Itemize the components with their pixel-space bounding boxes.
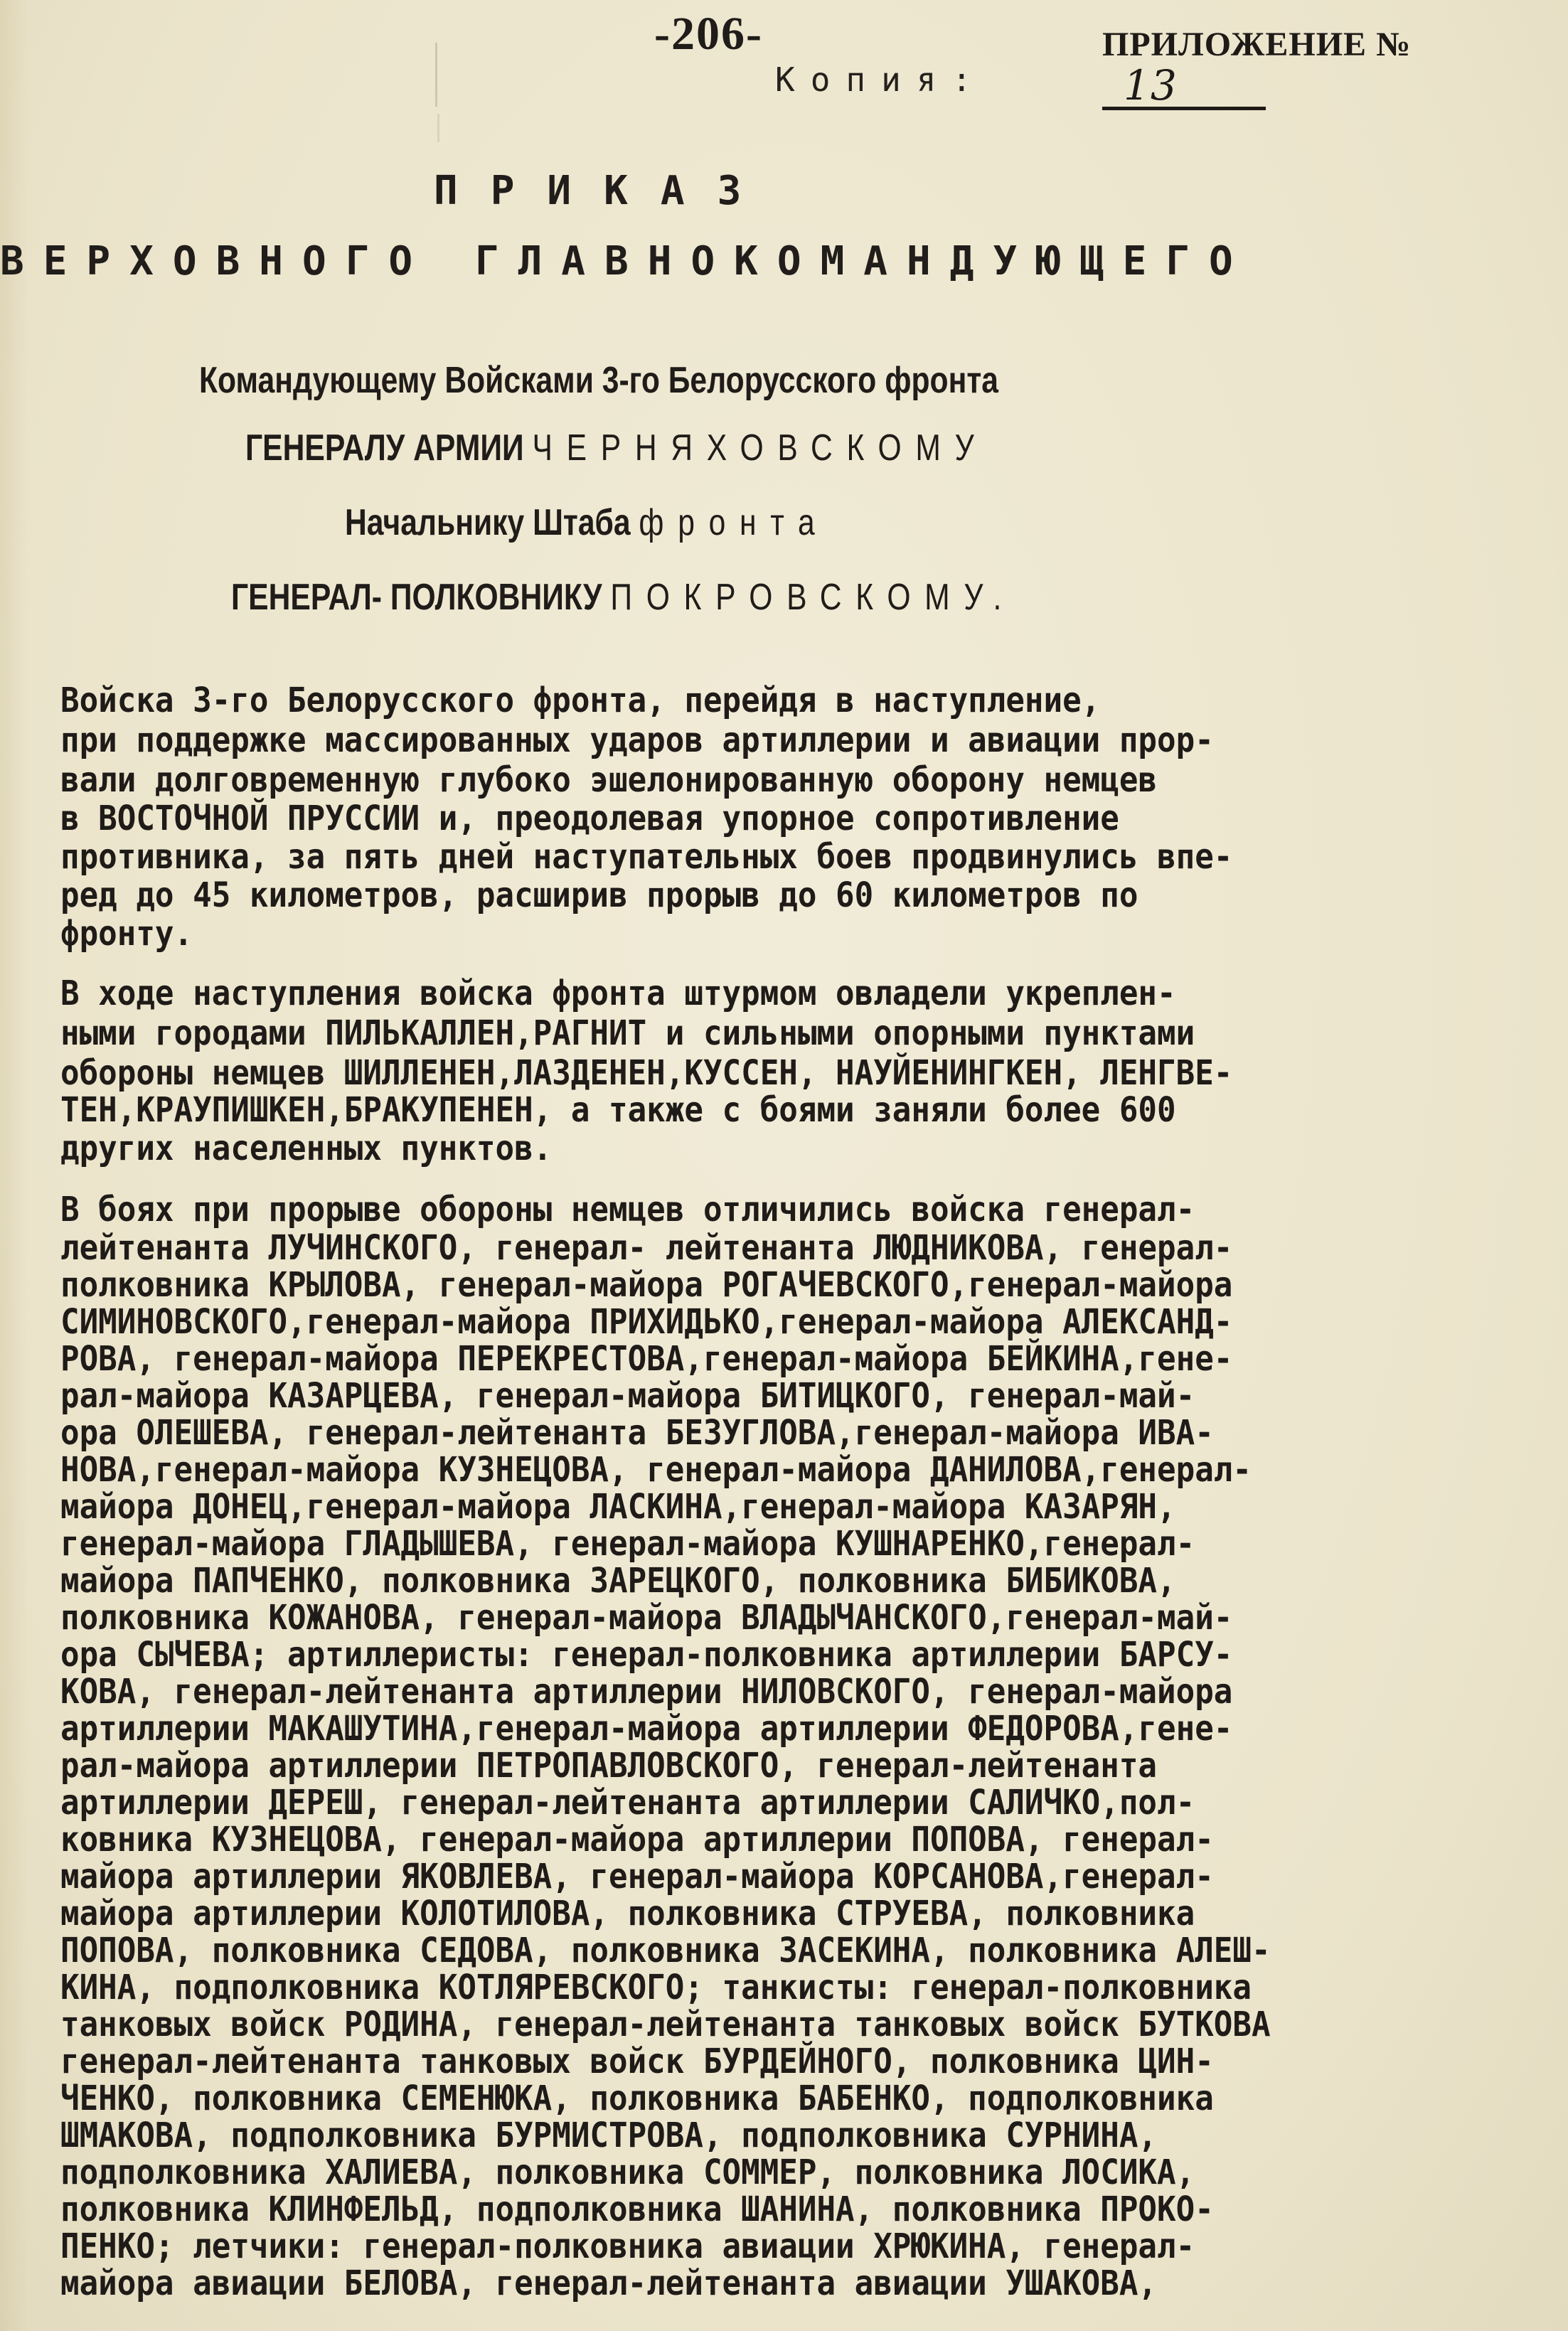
text-line: В боях при прорыве обороны немцев отличи…	[60, 1192, 1195, 1227]
document-subtitle: ВЕРХОВНОГО ГЛАВНОКОМАНДУЮЩЕГО	[0, 238, 1252, 284]
appendix-number: 13	[1102, 64, 1266, 110]
text-line: В ходе наступления войска фронта штурмом…	[60, 976, 1176, 1011]
text-line: рал-майора КАЗАРЦЕВА, генерал-майора БИТ…	[60, 1378, 1195, 1414]
text-line: Войска 3-го Белорусского фронта, перейдя…	[60, 683, 1100, 718]
document-page: -206- Копия: ПРИЛОЖЕНИЕ №13 ПРИКАЗ ВЕРХО…	[0, 0, 1568, 2331]
text-line: майора ДОНЕЦ,генерал-майора ЛАСКИНА,гене…	[60, 1489, 1176, 1525]
addressee-surname: ЧЕРНЯХОВСКОМУ	[532, 427, 988, 469]
text-line: ора ОЛЕШЕВА, генерал-лейтенанта БЕЗУГЛОВ…	[60, 1415, 1214, 1451]
text-line: в ВОСТОЧНОЙ ПРУССИИ и, преодолевая упорн…	[60, 801, 1119, 836]
text-line: ТЕН,КРАУПИШКЕН,БРАКУПЕНЕН, а также с боя…	[60, 1092, 1176, 1128]
text-line: ПОПОВА, полковника СЕДОВА, полковника ЗА…	[60, 1933, 1271, 1968]
text-line: полковника КРЫЛОВА, генерал-майора РОГАЧ…	[60, 1267, 1232, 1303]
text-line: артиллерии ДЕРЕШ, генерал-лейтенанта арт…	[60, 1785, 1195, 1820]
text-line: рал-майора артиллерии ПЕТРОПАВЛОВСКОГО, …	[60, 1748, 1157, 1783]
paper-crease	[437, 114, 439, 142]
text-line: ред до 45 километров, расширив прорыв до…	[60, 878, 1138, 913]
text-line: ными городами ПИЛЬКАЛЛЕН,РАГНИТ и сильны…	[60, 1015, 1195, 1051]
addressee-unit: фронта	[639, 502, 828, 543]
text-line: генерал-лейтенанта танковых войск БУРДЕЙ…	[60, 2044, 1214, 2079]
text-line: ора СЫЧЕВА; артиллеристы: генерал-полков…	[60, 1637, 1232, 1673]
text-line: КОВА, генерал-лейтенанта артиллерии НИЛО…	[60, 1674, 1232, 1709]
page-number: -206-	[654, 7, 763, 61]
text-line: ШМАКОВА, подполковника БУРМИСТРОВА, подп…	[60, 2118, 1157, 2153]
text-line: артиллерии МАКАШУТИНА,генерал-майора арт…	[60, 1711, 1232, 1746]
appendix-stamp: ПРИЛОЖЕНИЕ №13	[1102, 25, 1568, 110]
addressee-text: Командующему Войсками 3-го Белорусского …	[199, 360, 998, 401]
text-line: ковника КУЗНЕЦОВА, генерал-майора артилл…	[60, 1822, 1214, 1857]
addressee-rank: ГЕНЕРАЛУ АРМИИ	[245, 427, 532, 469]
text-line: майора ПАПЧЕНКО, полковника ЗАРЕЦКОГО, п…	[60, 1563, 1176, 1599]
text-line: НОВА,генерал-майора КУЗНЕЦОВА, генерал-м…	[60, 1452, 1252, 1488]
text-line: майора артиллерии КОЛОТИЛОВА, полковника…	[60, 1896, 1195, 1931]
paper-crease	[435, 43, 437, 107]
text-line: других населенных пунктов.	[60, 1131, 552, 1166]
text-line: СИМИНОВСКОГО,генерал-майора ПРИХИДЬКО,ге…	[60, 1304, 1232, 1340]
text-line: майора артиллерии ЯКОВЛЕВА, генерал-майо…	[60, 1859, 1214, 1894]
addressee-rank: Начальнику Штаба	[345, 502, 639, 543]
text-line: фронту.	[60, 916, 193, 951]
text-line: при поддержке массированных ударов артил…	[60, 722, 1214, 758]
addressee-colonel-general: ГЕНЕРАЛ- ПОЛКОВНИКУ ПОКРОВСКОМУ.	[231, 576, 1015, 619]
text-line: ЧЕНКО, полковника СЕМЕНЮКА, полковника Б…	[60, 2081, 1214, 2116]
text-line: вали долговременную глубоко эшелонирован…	[60, 762, 1157, 798]
text-line: противника, за пять дней наступательных …	[60, 839, 1232, 875]
text-line: подполковника ХАЛИЕВА, полковника СОММЕР…	[60, 2155, 1195, 2190]
addressee-commander: Командующему Войсками 3-го Белорусского …	[199, 359, 998, 402]
text-line: полковника КОЖАНОВА, генерал-майора ВЛАД…	[60, 1600, 1232, 1636]
document-title: ПРИКАЗ	[434, 168, 774, 214]
text-line: КИНА, подполковника КОТЛЯРЕВСКОГО; танки…	[60, 1970, 1252, 2005]
text-line: полковника КЛИНФЕЛЬД, подполковника ШАНИ…	[60, 2192, 1214, 2227]
addressee-rank: ГЕНЕРАЛ- ПОЛКОВНИКУ	[231, 577, 610, 618]
text-line: майора авиации БЕЛОВА, генерал-лейтенант…	[60, 2266, 1157, 2301]
appendix-label: ПРИЛОЖЕНИЕ №	[1102, 26, 1411, 63]
text-line: РОВА, генерал-майора ПЕРЕКРЕСТОВА,генера…	[60, 1341, 1232, 1377]
text-line: танковых войск РОДИНА, генерал-лейтенант…	[60, 2007, 1271, 2042]
text-line: генерал-майора ГЛАДЫШЕВА, генерал-майора…	[60, 1526, 1195, 1562]
text-line: лейтенанта ЛУЧИНСКОГО, генерал- лейтенан…	[60, 1230, 1232, 1266]
text-line: ПЕНКО; летчики: генерал-полковника авиац…	[60, 2229, 1195, 2264]
text-line: обороны немцев ШИЛЛЕНЕН,ЛАЗДЕНЕН,КУССЕН,…	[60, 1055, 1232, 1091]
addressee-surname: ПОКРОВСКОМУ.	[610, 577, 1015, 618]
copy-label: Копия:	[775, 60, 987, 99]
addressee-general-army: ГЕНЕРАЛУ АРМИИ ЧЕРНЯХОВСКОМУ	[245, 427, 988, 469]
addressee-chief-of-staff: Начальнику Штаба фронта	[345, 501, 828, 544]
